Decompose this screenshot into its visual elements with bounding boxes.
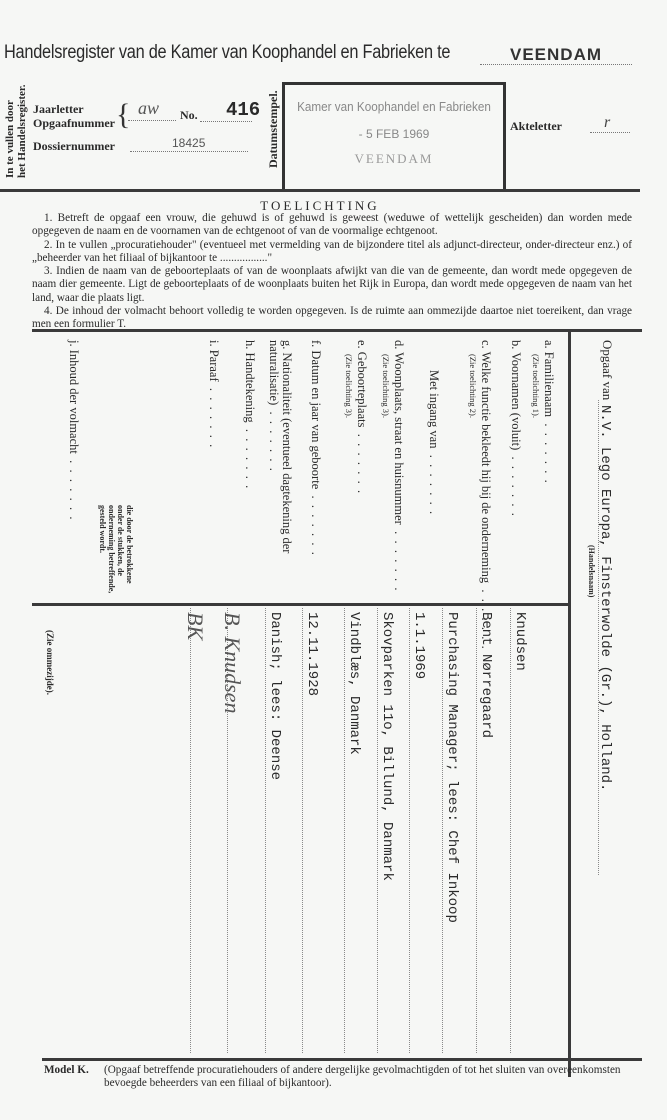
field-label-text: c. Welke functie bekleedt hij bij de ond… — [479, 340, 493, 583]
leader-dots: . . . . . . . — [309, 489, 323, 555]
handelsnaam-value: N.V. Lego Europa, Finsterwolde (Gr.), Ho… — [597, 405, 613, 791]
stamp-line1: Kamer van Koophandel en Fabrieken — [296, 99, 492, 114]
akteletter-value: r — [604, 114, 610, 132]
field-label-text: f. Datum en jaar van geboorte — [309, 340, 323, 489]
no-label: No. — [180, 108, 198, 123]
value-line — [344, 608, 345, 1053]
register-title-text: Handelsregister van de Kamer van Koophan… — [4, 42, 450, 63]
footer-text: (Opgaaf betreffende procuratiehouders of… — [104, 1064, 644, 1090]
jaarletter-field: aw — [128, 104, 176, 121]
dossiernummer-field: 18425 — [130, 138, 248, 152]
leader-dots: . . . . . . . — [427, 448, 441, 514]
opgaafnummer-field: 416 — [200, 104, 252, 122]
field-note: (Zie toelichting 1). — [529, 340, 542, 483]
field-value-4[interactable]: Skovparken 11o, Billund, Danmark — [379, 612, 395, 881]
field-value-6[interactable]: 12.11.1928 — [304, 612, 320, 696]
field-label-text: d. Woonplaats, straat en huisnummer — [392, 340, 406, 525]
field-value-1[interactable]: Bent Nørregaard — [478, 612, 494, 738]
model-label: Model K. — [44, 1064, 102, 1077]
leader-dots: . . . . . . . — [509, 450, 523, 516]
field-label-1: b. Voornamen (voluit) . . . . . . . — [509, 340, 522, 516]
toelichting-list: 1. Betreft de opgaaf een vrouw, die gehu… — [32, 212, 632, 332]
field-value-5[interactable]: Vindblæs, Danmark — [346, 612, 362, 755]
frame-right — [568, 332, 571, 1077]
field-value-8[interactable]: B. Knudsen — [219, 612, 245, 713]
dossiernummer-label: Dossiernummer — [33, 139, 115, 154]
field-note: (Zie toelichting 3). — [379, 340, 392, 590]
leader-dots: . . . . . . . — [207, 382, 221, 448]
field-value-9[interactable]: BK — [182, 612, 208, 640]
field-label-9: i. Paraaf . . . . . . . — [207, 340, 220, 447]
jaarletter-value: aw — [138, 98, 159, 119]
field-value-3[interactable]: 1.1.1969 — [411, 612, 427, 679]
divider-top — [0, 189, 640, 192]
leader-dots: . . . . . . . — [243, 423, 257, 489]
value-line — [510, 608, 511, 1053]
leader-dots: . . . . . . . — [355, 427, 369, 493]
leader-dots: . . . . . . . — [267, 405, 281, 471]
field-label-text: a. Familienaam — [542, 340, 556, 417]
jaarletter-label: Jaarletter — [33, 102, 84, 117]
akteletter-label: Akteletter — [510, 119, 562, 134]
see-reverse: (Zie ommezijde). — [45, 630, 55, 695]
field-label-4: d. Woonplaats, straat en huisnummer . . … — [379, 340, 405, 590]
dossiernummer-value: 18425 — [172, 136, 205, 150]
field-label-text: j. Inhoud der volmacht — [67, 340, 81, 454]
leader-dots: . . . . . . . — [67, 454, 81, 520]
field-label-8: h. Handtekening . . . . . . . — [243, 340, 256, 488]
footer: Model K. (Opgaaf betreffende procuratieh… — [44, 1064, 644, 1090]
stamp-city: VEENDAM — [285, 151, 503, 167]
toelichting-item-3: 3. Indien de naam van de geboorteplaats … — [32, 265, 632, 305]
toelichting-item-2: 2. In te vullen „procuratiehouder" (even… — [32, 239, 632, 266]
field-label-0: a. Familienaam . . . . . . .(Zie toelich… — [529, 340, 555, 483]
register-title: Handelsregister van de Kamer van Koophan… — [4, 42, 450, 64]
divider-form — [32, 329, 642, 332]
field-label-text: Met ingang van — [427, 370, 441, 448]
field-note: (Zie toelichting 3). — [342, 340, 355, 493]
field-value-7[interactable]: Danish; lees: Deense — [267, 612, 283, 780]
signature-note: die door de betrokkene onder de stukken,… — [98, 505, 134, 595]
field-label-3: Met ingang van . . . . . . . — [427, 370, 440, 514]
side-note: In te vullen door het Handelsregister. — [4, 85, 28, 179]
value-line — [302, 608, 303, 1053]
value-line — [476, 608, 477, 1053]
value-line — [190, 608, 191, 1053]
value-line — [442, 608, 443, 1053]
toelichting-item-4: 4. De inhoud der volmacht behoort volled… — [32, 305, 632, 332]
field-label-text: i. Paraaf — [207, 340, 221, 382]
field-value-0[interactable]: Knudsen — [512, 612, 528, 671]
leader-dots: . . . . . . . — [542, 417, 556, 483]
city-value: VEENDAM — [510, 45, 602, 65]
opgaafnummer-value: 416 — [226, 99, 260, 121]
side-note-line1: In te vullen door — [4, 85, 16, 179]
opgaaf-label: Opgaaf van — [599, 340, 615, 400]
opgaafnummer-label: Opgaafnummer — [33, 116, 115, 131]
field-label-2: c. Welke functie bekleedt hij bij de ond… — [466, 340, 492, 649]
value-line — [377, 608, 378, 1053]
datumstempel-label: Datumstempel. — [266, 90, 281, 168]
leader-dots: . . . . . . . — [392, 525, 406, 591]
side-note-line2: het Handelsregister. — [16, 85, 28, 179]
field-value-2[interactable]: Purchasing Manager; lees: Chef Inkoop — [444, 612, 460, 923]
field-label-6: f. Datum en jaar van geboorte . . . . . … — [309, 340, 322, 555]
field-label-text: e. Geboorteplaats — [355, 340, 369, 427]
field-label-text: b. Voornamen (voluit) — [509, 340, 523, 450]
stamp-date: - 5 FEB 1969 — [285, 127, 503, 141]
field-label-7: g. Nationaliteit (eventueel dagtekening … — [267, 340, 293, 590]
field-label-text: h. Handtekening — [243, 340, 257, 423]
field-label-5: e. Geboorteplaats . . . . . . .(Zie toel… — [342, 340, 368, 493]
field-label-10: j. Inhoud der volmacht . . . . . . . — [67, 340, 80, 520]
field-note: (Zie toelichting 2). — [466, 340, 479, 649]
handelsnaam-caption: (Handelsnaam) — [587, 545, 596, 597]
value-line — [265, 608, 266, 1053]
city-field: VEENDAM — [480, 48, 632, 65]
divider-bottom — [42, 1058, 642, 1061]
value-line — [409, 608, 410, 1053]
toelichting-item-1: 1. Betreft de opgaaf een vrouw, die gehu… — [32, 212, 632, 239]
akteletter-field: r — [590, 124, 630, 133]
date-stamp-box: Kamer van Koophandel en Fabrieken - 5 FE… — [282, 82, 506, 191]
